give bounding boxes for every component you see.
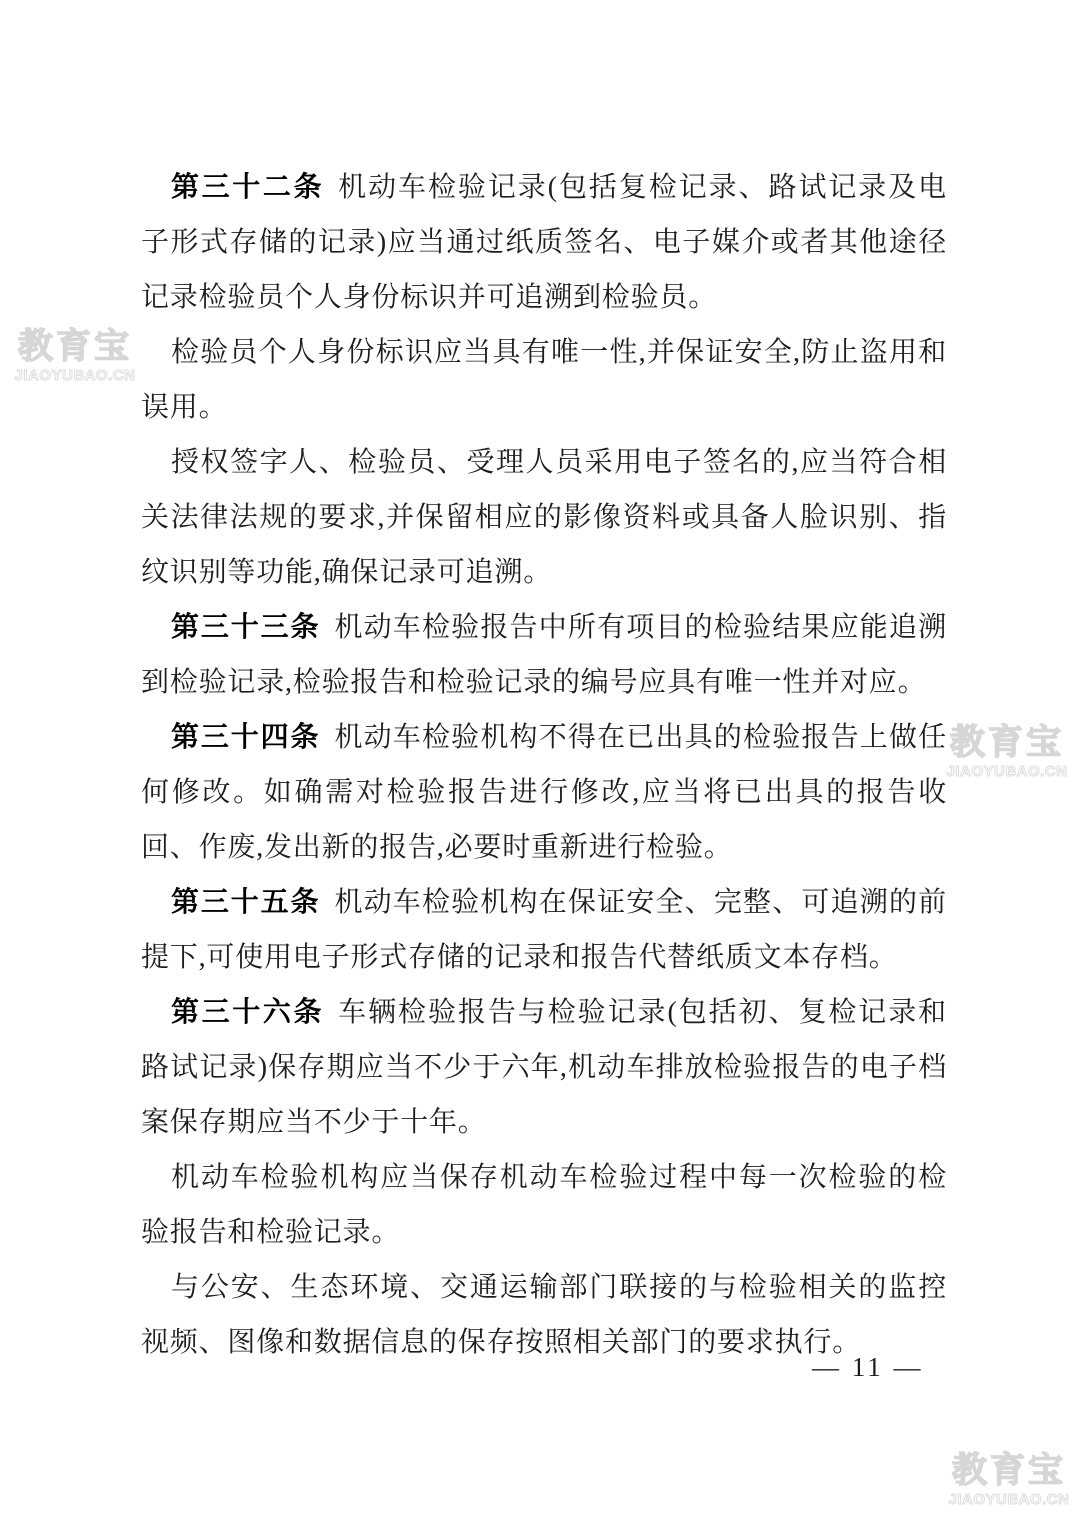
paragraph-text: 授权签字人、检验员、受理人员采用电子签名的,应当符合相关法律法规的要求,并保留相… [141, 447, 947, 588]
paragraph-text: 检验员个人身份标识应当具有唯一性,并保证安全,防止盗用和误用。 [141, 337, 947, 423]
watermark-bottom-right: 教育宝 JIAOYUBAO.CN [946, 1452, 1072, 1509]
article-number: 第三十六条 [171, 997, 324, 1028]
article-number: 第三十二条 [171, 172, 324, 203]
article-number: 第三十三条 [171, 612, 320, 643]
watermark-cn-text: 教育宝 [944, 724, 1070, 762]
watermark-mid-right: 教育宝 JIAOYUBAO.CN [944, 724, 1070, 781]
page-number: — 11 — [812, 1352, 924, 1383]
watermark-latin-text: JIAOYUBAO.CN [944, 763, 1070, 781]
watermark-latin-text: JIAOYUBAO.CN [12, 367, 138, 385]
document-page: 教育宝 JIAOYUBAO.CN 教育宝 JIAOYUBAO.CN 教育宝 JI… [0, 0, 1080, 1527]
article-number: 第三十五条 [171, 887, 320, 918]
paragraph: 第三十五条机动车检验机构在保证安全、完整、可追溯的前提下,可使用电子形式存储的记… [141, 875, 947, 985]
watermark-latin-text: JIAOYUBAO.CN [946, 1491, 1072, 1509]
watermark-top-left: 教育宝 JIAOYUBAO.CN [12, 328, 138, 385]
paragraph: 第三十四条机动车检验机构不得在已出具的检验报告上做任何修改。如确需对检验报告进行… [141, 710, 947, 875]
article-number: 第三十四条 [171, 722, 320, 753]
paragraph: 第三十三条机动车检验报告中所有项目的检验结果应能追溯到检验记录,检验报告和检验记… [141, 600, 947, 710]
paragraph: 机动车检验机构应当保存机动车检验过程中每一次检验的检验报告和检验记录。 [141, 1150, 947, 1260]
paragraph-text: 机动车检验机构应当保存机动车检验过程中每一次检验的检验报告和检验记录。 [141, 1162, 947, 1248]
watermark-cn-text: 教育宝 [12, 328, 138, 366]
paragraph: 第三十六条车辆检验报告与检验记录(包括初、复检记录和路试记录)保存期应当不少于六… [141, 985, 947, 1150]
document-body: 第三十二条机动车检验记录(包括复检记录、路试记录及电子形式存储的记录)应当通过纸… [141, 160, 947, 1370]
watermark-cn-text: 教育宝 [946, 1452, 1072, 1490]
paragraph: 检验员个人身份标识应当具有唯一性,并保证安全,防止盗用和误用。 [141, 325, 947, 435]
paragraph-text: 与公安、生态环境、交通运输部门联接的与检验相关的监控视频、图像和数据信息的保存按… [141, 1272, 947, 1358]
paragraph: 授权签字人、检验员、受理人员采用电子签名的,应当符合相关法律法规的要求,并保留相… [141, 435, 947, 600]
paragraph: 第三十二条机动车检验记录(包括复检记录、路试记录及电子形式存储的记录)应当通过纸… [141, 160, 947, 325]
